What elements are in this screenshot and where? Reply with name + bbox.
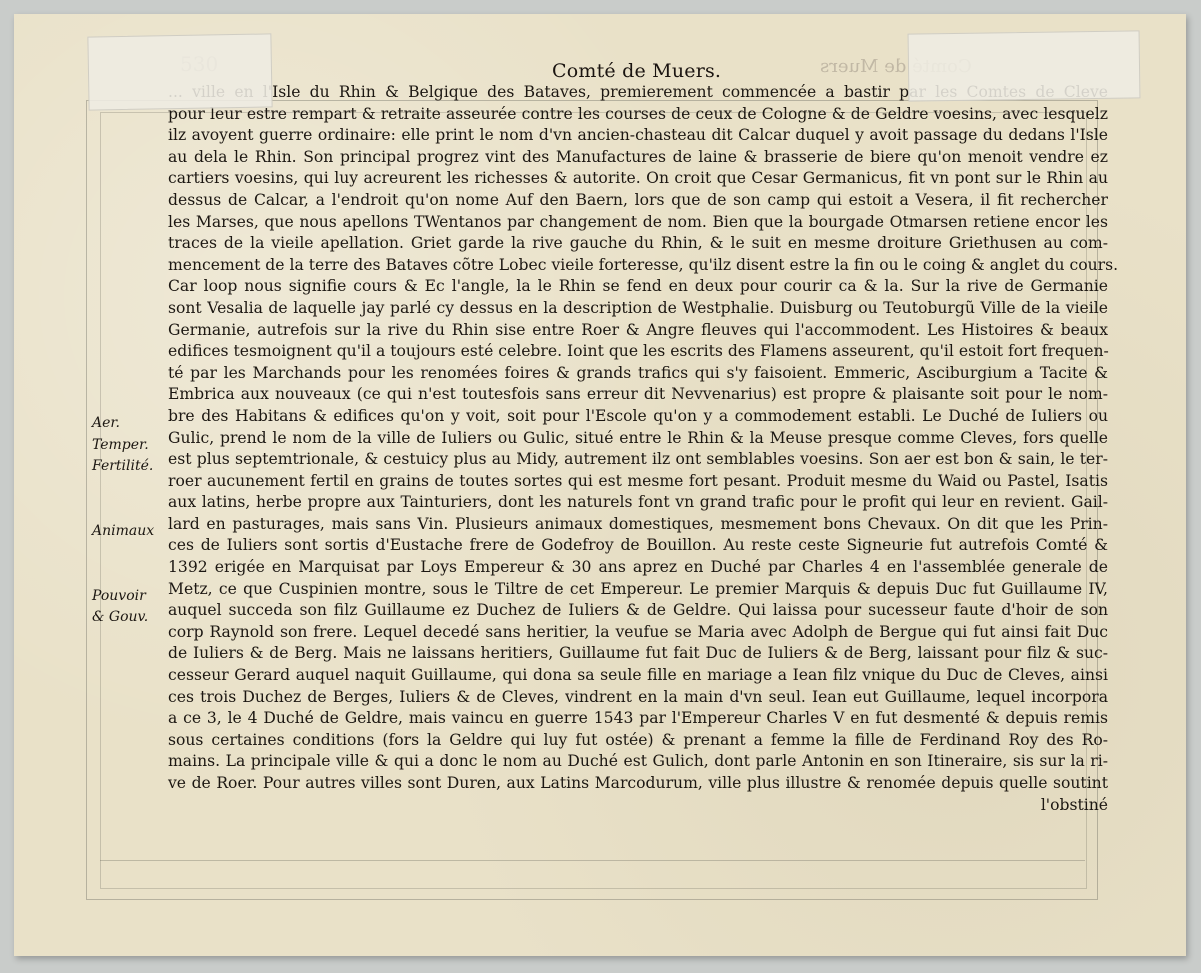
- text-line: edifices tesmoignent qu'il a toujours es…: [168, 341, 1108, 363]
- text-line: cesseur Gerard auquel naquit Guillaume, …: [168, 665, 1108, 687]
- text-line: Car loop nous signifie cours & Ec l'angl…: [168, 276, 1108, 298]
- text-line: mains. La principale ville & qui a donc …: [168, 751, 1108, 773]
- text-line: té par les Marchands pour les renomées f…: [168, 363, 1108, 385]
- text-line: Germanie, autrefois sur la rive du Rhin …: [168, 320, 1108, 342]
- text-line: Gulic, prend le nom de la ville de Iulie…: [168, 428, 1108, 450]
- text-line: Metz, ce que Cuspinien montre, sous le T…: [168, 579, 1108, 601]
- body-text: ... ville en l'Isle du Rhin & Belgique d…: [168, 82, 1108, 816]
- text-line: traces de la vieile apellation. Griet ga…: [168, 233, 1108, 255]
- margin-note: Pouvoir: [92, 586, 146, 608]
- text-line: dessus de Calcar, a l'endroit qu'on nome…: [168, 190, 1108, 212]
- page-title: Comté de Muers.: [552, 60, 721, 82]
- text-line: ces trois Duchez de Berges, Iuliers & de…: [168, 687, 1108, 709]
- margin-note: Animaux: [92, 521, 154, 543]
- tape-strip-left: [87, 33, 272, 110]
- text-line: ilz avoyent guerre ordinaire: elle print…: [168, 125, 1108, 147]
- margin-note: Temper.: [92, 435, 149, 457]
- text-line: auquel succeda son filz Guillaume ez Duc…: [168, 600, 1108, 622]
- text-line: roer aucunement fertil en grains de tout…: [168, 471, 1108, 493]
- plate-mark-bottom: [100, 860, 1085, 861]
- text-line: bre des Habitans & edifices qu'on y voit…: [168, 406, 1108, 428]
- text-line: cartiers voesins, qui luy acreurent les …: [168, 168, 1108, 190]
- text-line: est plus septemtrionale, & cestuicy plus…: [168, 449, 1108, 471]
- text-line: ces de Iuliers sont sortis d'Eustache fr…: [168, 535, 1108, 557]
- text-line: Embrica aux nouveaux (ce qui n'est toute…: [168, 384, 1108, 406]
- margin-note: Aer.: [92, 413, 120, 435]
- text-line: l'obstiné: [168, 795, 1108, 817]
- text-line: aux latins, herbe propre aux Tainturiers…: [168, 492, 1108, 514]
- text-line: de Iuliers & de Berg. Mais ne laissans h…: [168, 643, 1108, 665]
- text-line: sont Vesalia de laquelle jay parlé cy de…: [168, 298, 1108, 320]
- text-line: corp Raynold son frere. Lequel decedé sa…: [168, 622, 1108, 644]
- text-line: ve de Roer. Pour autres villes sont Dure…: [168, 773, 1108, 795]
- text-line: mencement de la terre des Bataves cõtre …: [168, 255, 1108, 277]
- text-line: au dela le Rhin. Son principal progrez v…: [168, 147, 1108, 169]
- margin-note: Fertilité.: [92, 456, 153, 478]
- text-line: lard en pasturages, mais sans Vin. Plusi…: [168, 514, 1108, 536]
- text-line: a ce 3, le 4 Duché de Geldre, mais vainc…: [168, 708, 1108, 730]
- text-line: sous certaines conditions (fors la Geldr…: [168, 730, 1108, 752]
- text-line: pour leur estre rempart & retraite asseu…: [168, 104, 1108, 126]
- text-line: les Marses, que nous apellons TWentanos …: [168, 212, 1108, 234]
- margin-note: & Gouv.: [92, 607, 148, 629]
- tape-strip-right: [908, 30, 1141, 101]
- text-line: 1392 erigée en Marquisat par Loys Empere…: [168, 557, 1108, 579]
